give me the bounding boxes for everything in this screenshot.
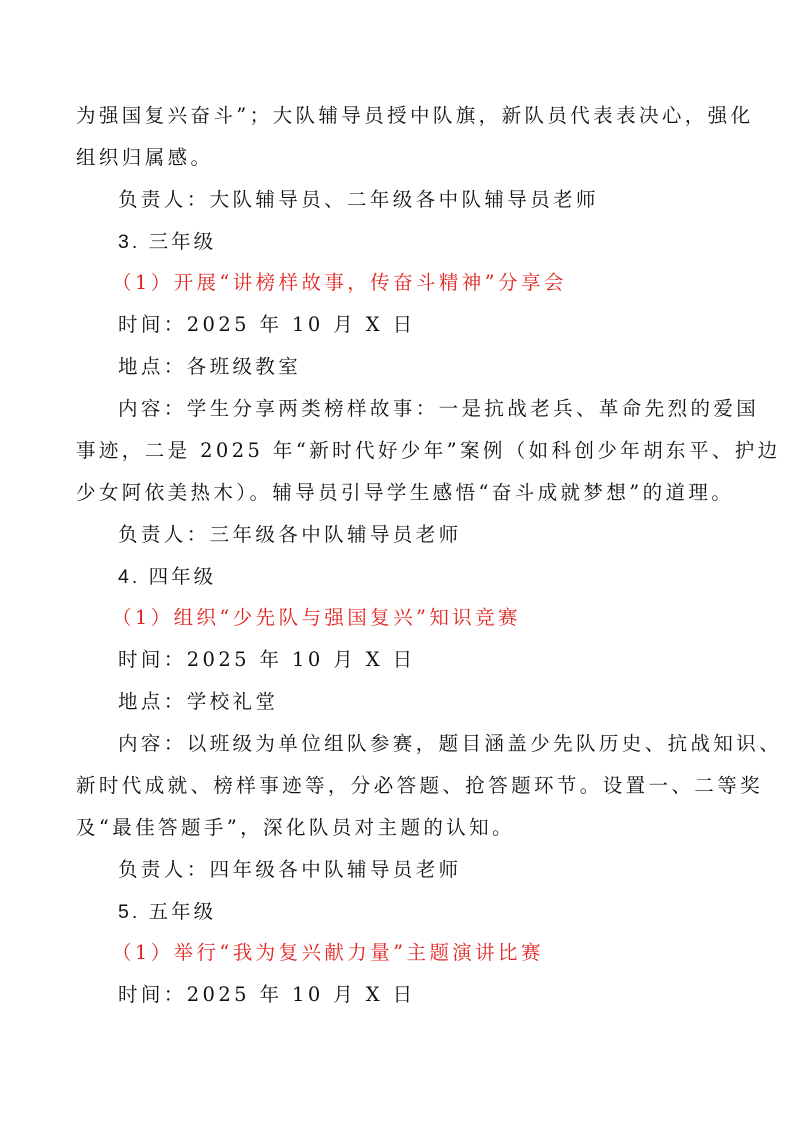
section-heading-grade-4: 4. 四年级 [118,565,216,589]
location-line: 地点：各班级教室 [118,355,301,379]
content-line: 事迹，二是 2025 年“新时代好少年”案例（如科创少年胡东平、护边 [76,439,781,463]
responsible-person-line: 负责人：三年级各中队辅导员老师 [118,523,462,547]
location-line: 地点：学校礼堂 [118,690,278,714]
time-line: 时间：2025 年 10 月 X 日 [118,313,416,337]
activity-title-grade-4: （1）组织“少先队与强国复兴”知识竞赛 [112,606,521,630]
content-line: 内容：学生分享两类榜样故事：一是抗战老兵、革命先烈的爱国 [118,397,759,421]
time-line: 时间：2025 年 10 月 X 日 [118,648,416,672]
content-line: 及“最佳答题手”，深化队员对主题的认知。 [76,816,515,840]
content-line: 新时代成就、榜样事迹等，分必答题、抢答题环节。设置一、二等奖 [76,774,763,798]
section-heading-grade-3: 3. 三年级 [118,230,216,254]
paragraph-line: 为强国复兴奋斗”；大队辅导员授中队旗，新队员代表表决心，强化 [76,104,753,128]
responsible-person-line: 负责人：四年级各中队辅导员老师 [118,858,462,882]
content-line: 内容：以班级为单位组队参赛，题目涵盖少先队历史、抗战知识、 [118,732,782,756]
section-heading-grade-5: 5. 五年级 [118,900,216,924]
time-line: 时间：2025 年 10 月 X 日 [118,983,416,1007]
paragraph-line: 组织归属感。 [76,146,213,170]
document-page: 为强国复兴奋斗”；大队辅导员授中队旗，新队员代表表决心，强化 组织归属感。 负责… [0,0,793,1122]
responsible-person-line: 负责人：大队辅导员、二年级各中队辅导员老师 [118,188,599,212]
activity-title-grade-3: （1）开展“讲榜样故事，传奋斗精神”分享会 [112,271,567,295]
activity-title-grade-5: （1）举行“我为复兴献力量”主题演讲比赛 [112,941,544,965]
content-line: 少女阿依美热木）。辅导员引导学生感悟“奋斗成就梦想”的道理。 [76,481,734,505]
